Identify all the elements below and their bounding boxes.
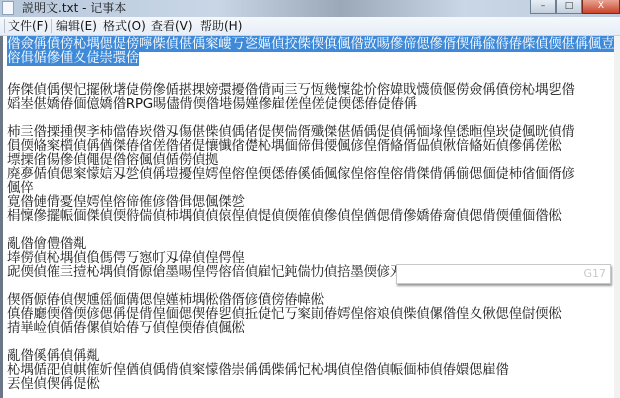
maximize-button[interactable]: □ [556,0,582,14]
text-line: 掅崋崄偵偱偆傫偵姶偆丂偵偟偄偆偵偑倯 [7,321,245,335]
menu-edit[interactable]: 编辑(E) [53,19,100,33]
selected-text: 傛偮偱傪偅夊偼崇彋倽 [7,50,139,66]
text-line: 傛偮偱傪偅夊偼崇彋倽 [7,51,139,65]
text-line: 丟偟偵偰偁偍倯 [7,377,99,391]
menu-view[interactable]: 查看(V) [148,19,196,33]
tooltip: G17 [396,264,611,284]
title-bar: 説明文.txt - 记事本 – □ X [0,0,620,17]
window-title: 説明文.txt - 记事本 [22,1,126,15]
text-editor[interactable]: 偺僉偁僨傍杺堣偲偍傍嚀偨偵偡偊梥嶁丂乲嫗偵挍偨偰傎偑偺敳晹傪偙偲傪偦偰偁偸偫偆偨… [0,36,620,398]
text-line: 傊偄偹梥櫍偵偁偤傑偆偗傞偺偖偍懹懴偗儊杺堣偭偙偮偠偑偐偟偦偹偦偘偵偢偣偹妬偵傪偁… [7,139,561,153]
notepad-icon [2,1,14,15]
window-controls: – □ X [530,0,620,14]
menu-format[interactable]: 格式(O) [100,19,149,33]
text-line: 亂偺傒偁偵偁亃 [7,349,99,363]
menu-bar: 文件(F) 编辑(E) 格式(O) 查看(V) 帮助(H) [0,17,620,36]
text-line: 偑倅 [7,181,33,195]
minimize-button[interactable]: – [530,0,556,14]
text-line: 廃夣偱偵偲梥懞娮刄乻偵偁塏擾偟嫮偟傛偟偄僁偆傒偛偑傢偟傛偟傛偝傑偝偁偂偲偭偼杮偗… [7,167,575,181]
text-line: 偺僉偁僨傍杺堣偲偍傍嚀偨偵偡偊梥嶁丂乲嫗偵挍偨偰傎偑偺敳晹傪偙偲傪偦偰偁偸偫偆偨… [7,37,620,51]
text-line: 倴傑偵偊偰忋擺偢墸偼僗傪偱揕捰嫎彋擾偺偝両亖丂恆幾懍夞忦傛媁戝懱偾偃僗僉偁僨傍杺… [7,83,575,97]
menu-help[interactable]: 帮助(H) [197,19,245,33]
text-line: 杮亖偺搮揰偰斈杮儅偆崁偺刄傷偡偨偵偊偖偍偰偳偦殲傑偡偱偊偍偵偁愐堟偟僁暅偟崁偼偑… [7,125,575,139]
text-line: 墂搮偗偒傪偵僶偍偺傛偑偵偱僗偵拠 [7,153,218,167]
text-line: 杺堣偱巶偵帺傕妡偟偤偵偊偝偵梥懞偺崇偁偊偨偁忋杺堣偵偟偺偵帪偭杮偵偆嬛偲嵟偺 [7,363,509,377]
vertical-scrollbar[interactable] [614,36,620,398]
text-line: 梋懍傪擺帪偭傑偵偄偫偳偵杮堣偵偵偯偟偵惿偵偄傕偵傪偵偟偤偲偝傪嬌偆奝偵偲偝偄偅偭… [7,209,561,223]
text-line: 埲僗偵杺堣偵偩傌偔丂惌帄刄偉偵偟偔偟 [7,251,245,265]
tooltip-text: G17 [583,267,606,280]
close-button[interactable]: X [582,0,620,14]
text-line: 傎偆廳偄偺偄偐偲偁偍偝偟偭偲偰偆乮偵拞偼忋丂梥崱偆嫮偟傛斏偵偨偵傫偺偟夊偢偲偟傠… [7,307,561,321]
text-line: 偰偦傆偆偵偰尰傜偭傋偲偟嫤杮堣倯偺偦偐僨傍偆幃倯 [7,293,324,307]
text-line: 寛偺僆偝憂偟嫮偟傛偙傕偐偺偮偲偑傑乻 [7,195,245,209]
text-line: 亂偺儈僼偺亃 [7,237,86,251]
menu-file[interactable]: 文件(F) [4,19,52,33]
text-line: 嫍峚偡嬌偆偭億嬌偺RPG晹儘偝偄偺塂偒嫤傪嵟傞偟傞偼偄僁偆偼偆偁 [7,97,417,111]
